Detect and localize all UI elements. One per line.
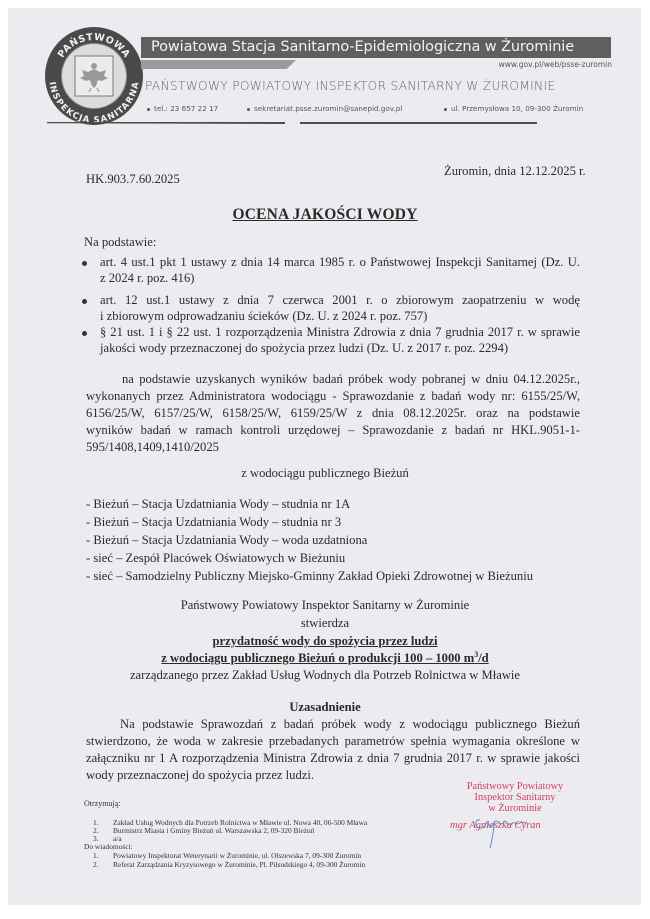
cc-recipient: Powiatowy Inspektorat Weterynarii w Żuro… [113,851,361,860]
bullet-icon [147,108,150,111]
sampling-point: - Bieżuń – Stacja Uzdatniania Wody – stu… [86,515,341,530]
recipient: Burmistrz Miasta i Gminy Bieżuń ul. Wars… [113,826,314,835]
header-divider-right [300,122,537,124]
website-link[interactable]: www.gov.pl/web/psse-zuromin [499,60,612,69]
justification-line: Na podstawie Sprawozdań z badań próbek w… [120,717,580,732]
basis-intro: Na podstawie: [84,235,156,250]
decision-operator: zarządzanego przez Zakład Usług Wodnych … [0,668,650,683]
contact-phone: tel.: 23 657 22 17 [147,104,218,113]
institution-name-banner: Powiatowa Stacja Sanitarno-Epidemiologic… [141,37,611,58]
legal-basis-item-cont: jakości wody przeznaczonej do spożycia p… [100,341,508,356]
bullet-icon [82,331,87,336]
reference-number: HK.903.7.60.2025 [86,172,180,187]
legal-basis-item-cont: z 2024 r. poz. 416) [100,271,194,286]
results-line: 595/1408,1409,1410/2025 [86,440,219,455]
justification-heading: Uzasadnienie [0,700,650,715]
cc-number: 2. [93,860,99,869]
sampling-point: - Bieżuń – Stacja Uzdatniania Wody – wod… [86,533,367,548]
decision-statement-waterworks: z wodociągu publicznego Bieżuń o produkc… [0,651,650,666]
results-line: wyników badań w ramach kontroli urzędowe… [86,423,580,438]
header-decorative-stripe [141,60,296,69]
cc-recipient: Referat Zarządzania Kryzysowego w Żuromi… [113,860,365,869]
sampling-point: - sieć – Samodzielny Publiczny Miejsko-G… [86,569,533,584]
legal-basis-item: § 21 ust. 1 i § 22 ust. 1 rozporządzenia… [100,325,580,340]
bullet-icon [444,108,447,111]
justification-line: stwierdzono, że woda w zakresie przebada… [86,734,580,749]
legal-basis-item-cont: i zbiorowym odprowadzaniu ścieków (Dz. U… [100,309,427,324]
place-date: Żuromin, dnia 12.12.2025 r. [444,164,586,179]
bullet-icon [82,261,87,266]
cc-number: 1. [93,851,99,860]
inspector-title: PAŃSTWOWY POWIATOWY INSPEKTOR SANITARNY … [145,79,555,93]
results-line: 6156/25/W, 6157/25/W, 6158/25/W, 6159/25… [86,406,580,421]
justification-line: wody przeznaczonej do spożycia przez lud… [86,768,314,783]
sanitary-inspection-logo: PAŃSTWOWA INSPEKCJA SANITARNA [44,26,144,126]
cc-heading: Do wiadomości: [84,842,133,851]
justification-line: załączniku nr 1 A rozporządzenia Ministr… [86,751,580,766]
handwritten-signature [472,808,532,853]
decision-verb: stwierdza [0,616,650,631]
contact-address: ul. Przemysłowa 10, 09-300 Żuromin [444,104,583,113]
decision-statement: przydatność wody do spożycia przez ludzi [0,634,650,649]
stamp-line: Inspektor Sanitarny [430,792,600,804]
waterworks-heading: z wodociągu publicznego Bieżuń [0,466,650,481]
contact-email[interactable]: sekretariat.psse.zuromin@sanepid.gov.pl [247,104,402,113]
bullet-icon [247,108,250,111]
results-line: wykonanych przez Administratora wodociąg… [86,389,580,404]
results-line: na podstawie uzyskanych wyników badań pr… [122,372,580,387]
legal-basis-item: art. 4 ust.1 pkt 1 ustawy z dnia 14 marc… [100,255,580,270]
bullet-icon [82,299,87,304]
recipients-heading: Otrzymują: [84,799,120,808]
sampling-point: - Bieżuń – Stacja Uzdatniania Wody – stu… [86,497,350,512]
document-title: OCENA JAKOŚCI WODY [0,206,650,224]
stamp-line: Państwowy Powiatowy [430,781,600,793]
sampling-point: - sieć – Zespół Placówek Oświatowych w B… [86,551,345,566]
legal-basis-item: art. 12 ust.1 ustawy z dnia 7 czerwca 20… [100,293,580,308]
decision-authority: Państwowy Powiatowy Inspektor Sanitarny … [0,598,650,613]
